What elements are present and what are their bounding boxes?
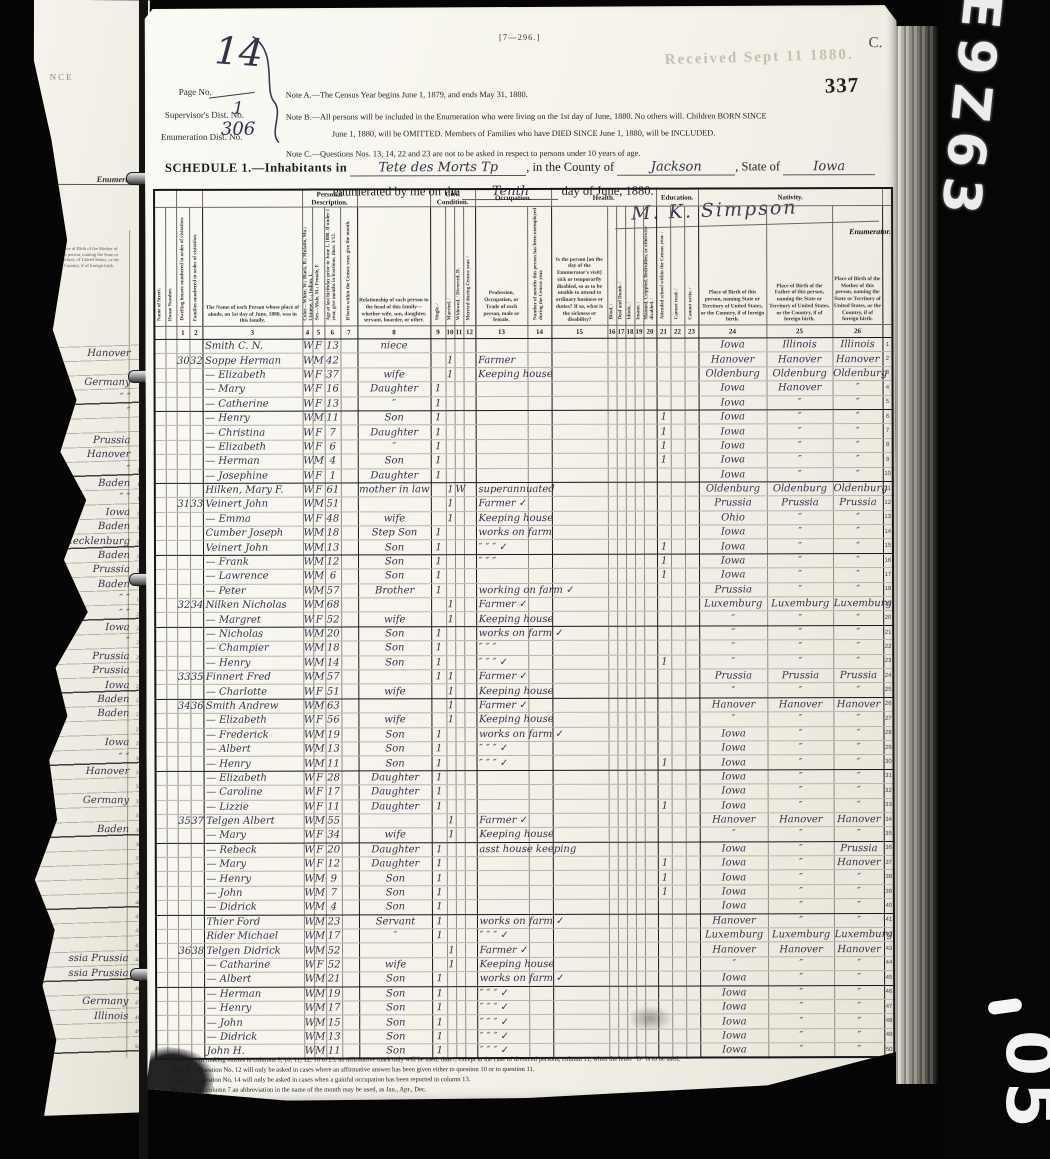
column-header: Name of Street. <box>154 207 165 326</box>
idiotic <box>626 698 635 712</box>
street <box>155 714 166 728</box>
mother-birthplace: ″ <box>834 1000 884 1015</box>
column-number <box>165 326 176 339</box>
attended-school: 1 <box>658 856 672 870</box>
widowed-mark <box>455 526 464 540</box>
person-name: — Elizabeth <box>204 771 304 786</box>
blind <box>608 468 617 482</box>
sex: F <box>313 440 325 454</box>
street <box>156 872 167 886</box>
widowed-mark <box>456 1001 465 1015</box>
prev-page-entry: Hanover <box>87 449 131 460</box>
street <box>156 757 167 771</box>
color: W <box>304 972 314 986</box>
married-mark: 1 <box>446 670 455 684</box>
house-number <box>166 613 177 627</box>
mother-birthplace: ″ <box>833 381 883 396</box>
family-no <box>190 627 203 641</box>
birthplace: Hanover <box>700 913 768 928</box>
birth-month <box>341 468 358 482</box>
father-birthplace: ″ <box>768 870 834 885</box>
birthplace: ″ <box>700 827 768 842</box>
cannot-read <box>671 669 685 683</box>
sickness <box>552 554 608 569</box>
street <box>156 800 167 814</box>
birthplace: Hanover <box>699 352 767 367</box>
house-number <box>165 339 176 353</box>
relationship <box>359 814 432 829</box>
deaf-dumb <box>617 511 626 525</box>
idiotic <box>626 684 635 698</box>
color: W <box>303 612 313 626</box>
married-mark <box>446 727 455 741</box>
mother-birthplace: Hanover <box>833 697 883 712</box>
column-number: 21 <box>657 325 671 338</box>
birthplace: Oldenburg <box>699 367 767 382</box>
person-name: — Josephine <box>203 469 303 484</box>
blind <box>608 353 617 367</box>
sickness <box>552 655 608 670</box>
color: W <box>303 742 313 756</box>
married-mark <box>446 540 455 554</box>
birth-month <box>342 972 359 986</box>
disabled <box>644 410 657 424</box>
line-no: 18 <box>883 582 893 596</box>
age: 12 <box>326 857 342 871</box>
relationship: Son <box>358 627 431 642</box>
birth-month <box>341 584 358 598</box>
birth-month <box>341 612 358 626</box>
color: W <box>303 656 313 670</box>
house-number <box>167 987 178 1001</box>
column-group <box>176 190 202 208</box>
column-group <box>357 189 430 207</box>
married-census-year <box>465 742 477 756</box>
deaf-dumb <box>618 770 627 784</box>
disabled <box>644 468 657 482</box>
street <box>156 843 167 857</box>
street <box>155 411 166 425</box>
insane <box>635 396 644 410</box>
column-header: Place of Birth of the Mother of this per… <box>832 206 882 325</box>
house-number <box>166 368 177 382</box>
sickness <box>552 669 608 684</box>
occupation <box>476 338 528 353</box>
column-number: 20 <box>643 325 656 338</box>
sex: M <box>314 915 326 929</box>
disabled <box>645 813 658 827</box>
house-number <box>167 1001 178 1015</box>
cannot-read <box>672 727 686 741</box>
disabled <box>644 353 657 367</box>
idiotic <box>627 727 636 741</box>
single-mark <box>432 814 447 828</box>
person-name: — Catharine <box>204 958 304 973</box>
insane <box>636 971 645 985</box>
widowed-mark <box>455 670 464 684</box>
widowed-mark <box>455 555 464 569</box>
dwelling-no <box>177 613 190 627</box>
column-header: Profession, Occupation, or Trade of each… <box>475 206 527 325</box>
column-header: Single. / <box>430 207 445 326</box>
birthplace: Iowa <box>700 784 768 799</box>
idiotic <box>626 439 635 453</box>
birthplace: Hanover <box>700 813 768 828</box>
months-unemployed <box>529 943 553 957</box>
birth-month <box>341 368 358 382</box>
deaf-dumb <box>618 957 627 971</box>
street <box>155 469 166 483</box>
deaf-dumb <box>618 871 627 885</box>
married-mark <box>447 756 456 770</box>
cannot-read <box>671 453 685 467</box>
sickness <box>552 453 608 468</box>
birth-month <box>342 857 359 871</box>
deaf-dumb <box>617 655 626 669</box>
house-number <box>167 800 178 814</box>
relationship: ″ <box>359 929 432 944</box>
house-number <box>166 455 177 469</box>
disabled <box>644 554 657 568</box>
married-census-year <box>465 1001 477 1015</box>
married-census-year <box>465 857 477 871</box>
cannot-write <box>685 496 699 510</box>
relationship <box>358 670 431 685</box>
cannot-read <box>672 914 686 928</box>
sex: F <box>314 857 326 871</box>
idiotic <box>627 756 636 770</box>
occupation: ″ ″ ″ ✓ <box>477 986 529 1001</box>
person-name: — Elizabeth <box>203 440 303 455</box>
occupation: works on farm ✓ <box>477 972 529 987</box>
occupation <box>476 382 528 397</box>
prev-page-entry: Baden <box>98 521 130 532</box>
married-census-year <box>464 583 476 597</box>
cannot-read <box>672 813 686 827</box>
county-value: Jackson <box>651 160 702 175</box>
disabled <box>645 957 658 971</box>
months-unemployed <box>528 410 552 424</box>
blind <box>609 856 618 870</box>
line-no: 5 <box>883 395 893 409</box>
father-birthplace: ″ <box>768 913 834 928</box>
mother-birthplace: ″ <box>833 467 883 482</box>
prev-page-entry: Germany <box>83 795 129 806</box>
ink-smudge <box>627 1006 673 1032</box>
father-birthplace: Oldenburg <box>767 366 833 381</box>
deaf-dumb <box>618 971 627 985</box>
dwelling-no <box>178 771 191 785</box>
person-name: Veinert John <box>203 541 303 556</box>
house-number <box>166 570 177 584</box>
house-number <box>167 944 178 958</box>
birthplace: Prussia <box>699 669 767 684</box>
sex: F <box>313 483 325 497</box>
age: 4 <box>325 454 341 468</box>
deaf-dumb <box>617 468 626 482</box>
street <box>155 512 166 526</box>
single-mark: 1 <box>432 799 447 813</box>
attended-school <box>658 770 672 784</box>
cannot-read <box>671 511 685 525</box>
age: 11 <box>325 411 341 425</box>
line-no: 40 <box>884 899 894 913</box>
cannot-read <box>671 640 685 654</box>
insane <box>635 583 644 597</box>
sickness <box>552 439 608 454</box>
birthplace: Iowa <box>700 755 768 770</box>
deaf-dumb <box>617 626 626 640</box>
married-mark <box>446 655 455 669</box>
column-group <box>154 190 176 208</box>
line-no: 34 <box>884 812 894 826</box>
occupation <box>477 770 529 785</box>
age: 18 <box>325 526 341 540</box>
person-name: — Mary <box>204 828 304 843</box>
cannot-read <box>671 597 685 611</box>
attended-school: 1 <box>657 410 671 424</box>
sex: M <box>314 1001 326 1015</box>
cannot-write <box>686 712 700 726</box>
line-no: 2 <box>883 352 893 366</box>
sex: M <box>314 900 326 914</box>
blind <box>608 338 617 352</box>
months-unemployed <box>528 353 552 367</box>
house-number <box>166 627 177 641</box>
mother-birthplace: ″ <box>833 640 883 655</box>
occupation <box>476 410 528 425</box>
attended-school <box>657 669 671 683</box>
table-header-row: Name of Street.House Number.Dwelling hou… <box>154 206 892 327</box>
birthplace: ″ <box>699 611 767 626</box>
line-no: 49 <box>884 1028 894 1042</box>
insane <box>635 626 644 640</box>
married-mark: 1 <box>447 943 456 957</box>
birth-month <box>341 627 358 641</box>
sex: F <box>314 785 326 799</box>
father-birthplace: ″ <box>768 827 834 842</box>
line-no: 12 <box>883 496 893 510</box>
single-mark: 1 <box>432 1029 447 1043</box>
line-no: 15 <box>883 539 893 553</box>
color: W <box>304 886 314 900</box>
married-census-year <box>465 814 477 828</box>
birth-month <box>341 411 358 425</box>
occupation: Keeping house <box>476 684 528 699</box>
house-number <box>166 728 177 742</box>
idiotic <box>626 669 635 683</box>
column-header: Cannot read. / <box>670 206 684 325</box>
prev-page-entry: Iowa <box>105 680 130 691</box>
person-name: — Henry <box>203 411 303 426</box>
deaf-dumb <box>618 928 627 942</box>
father-birthplace: ″ <box>768 899 834 914</box>
relationship: wife <box>358 511 431 526</box>
place-blank: Tete des Morts Tp <box>350 160 526 176</box>
married-census-year <box>464 554 476 568</box>
family-no <box>190 383 203 397</box>
previous-page-entries: HanoverGermany″ ″″PrussiaHanover″Baden″ … <box>16 335 145 1060</box>
color: W <box>304 929 314 943</box>
married-mark <box>447 929 456 943</box>
line-no: 23 <box>883 654 893 668</box>
father-birthplace: ″ <box>768 726 834 741</box>
county-label: , in the County of <box>526 160 614 174</box>
line-no: 26 <box>883 697 893 711</box>
birthplace: Iowa <box>700 770 768 785</box>
birthplace: Iowa <box>700 1014 768 1029</box>
cannot-write <box>685 568 699 582</box>
months-unemployed <box>529 871 553 885</box>
occupation: Keeping house <box>476 511 528 526</box>
mother-birthplace: Prussia <box>833 496 883 511</box>
previous-page-column-header-fragment: Place of Birth of the Mother of this per… <box>57 246 121 269</box>
relationship: Servant <box>359 914 432 929</box>
attended-school: 1 <box>658 885 672 899</box>
idiotic <box>626 468 635 482</box>
house-number <box>167 1016 178 1030</box>
column-group: Civil Condition. <box>430 189 475 207</box>
dwelling-no <box>178 915 191 929</box>
mother-birthplace: ″ <box>834 784 884 799</box>
person-name: — Henry <box>204 1001 304 1016</box>
birthplace: ″ <box>699 640 767 655</box>
color: W <box>303 454 313 468</box>
idiotic <box>626 367 635 381</box>
street <box>155 555 166 569</box>
blind <box>608 626 617 640</box>
insane <box>635 568 644 582</box>
disabled <box>645 914 658 928</box>
occupation: ″ ″ ″ <box>476 641 528 656</box>
occupation <box>477 857 529 872</box>
attended-school: 1 <box>657 554 671 568</box>
married-census-year <box>464 511 476 525</box>
person-name: — Henry <box>203 656 303 671</box>
months-unemployed <box>528 554 552 568</box>
occupation: ″ ″ ″ ✓ <box>476 540 528 555</box>
father-birthplace: ″ <box>767 395 833 410</box>
insane <box>635 684 644 698</box>
widowed-mark <box>455 598 464 612</box>
single-mark: 1 <box>431 382 446 396</box>
attended-school <box>658 784 672 798</box>
birthplace: Iowa <box>699 395 767 410</box>
dwelling-no <box>178 800 191 814</box>
sex: M <box>313 641 325 655</box>
cannot-read <box>672 784 686 798</box>
sickness <box>552 497 608 512</box>
street <box>155 728 166 742</box>
column-number: 11 <box>454 326 463 339</box>
previous-page-fragment-text: NCE <box>50 72 74 82</box>
insane <box>635 597 644 611</box>
blind <box>609 928 618 942</box>
father-birthplace: ″ <box>767 467 833 482</box>
relationship <box>359 943 432 958</box>
attended-school <box>657 496 671 510</box>
deaf-dumb <box>618 756 627 770</box>
column-group: Occupation. <box>475 189 551 207</box>
single-mark: 1 <box>431 396 446 410</box>
married-census-year <box>464 454 476 468</box>
age: 55 <box>326 814 342 828</box>
schedule-title-line: SCHEDULE 1.—Inhabitants in Tete des Mort… <box>165 159 889 177</box>
father-birthplace: Luxemburg <box>767 597 833 612</box>
person-name: — Henry <box>204 756 304 771</box>
married-mark: 1 <box>446 497 455 511</box>
cannot-read <box>672 856 686 870</box>
cannot-write <box>686 799 700 813</box>
birthplace: Iowa <box>699 381 767 396</box>
column-number: 17 <box>616 325 625 338</box>
sickness <box>553 943 609 958</box>
birth-month <box>342 1015 359 1029</box>
previous-page-strip: NCE Enumerator. Place of Birth of the Mo… <box>16 0 150 1118</box>
occupation: ″ ″ ″ ✓ <box>477 1000 529 1015</box>
house-number <box>167 973 178 987</box>
family-no <box>190 483 203 497</box>
line-no: 32 <box>884 784 894 798</box>
married-mark: 1 <box>447 957 456 971</box>
widowed-mark <box>456 857 465 871</box>
married-mark <box>446 583 455 597</box>
person-name: — Mary <box>204 857 304 872</box>
single-mark: 1 <box>432 914 447 928</box>
family-no <box>190 555 203 569</box>
column-number: 2 <box>189 326 202 339</box>
father-birthplace: ″ <box>768 971 834 986</box>
father-birthplace: ″ <box>767 582 833 597</box>
house-number <box>167 958 178 972</box>
father-birthplace: ″ <box>767 525 833 540</box>
father-birthplace: Luxemburg <box>768 928 834 943</box>
sex: M <box>313 540 325 554</box>
cannot-write <box>686 827 700 841</box>
single-mark: 1 <box>432 900 447 914</box>
married-mark <box>446 382 455 396</box>
single-mark: 1 <box>432 742 447 756</box>
father-birthplace: ″ <box>767 554 833 569</box>
cannot-read <box>672 1029 686 1043</box>
person-name: — Herman <box>203 454 303 469</box>
idiotic <box>627 899 636 913</box>
street <box>156 886 167 900</box>
occupation: Farmer ✓ <box>477 813 529 828</box>
relationship: ″ <box>358 439 431 454</box>
deaf-dumb <box>617 698 626 712</box>
age: 42 <box>324 353 340 367</box>
person-name: Smith Andrew <box>203 699 303 714</box>
occupation: ″ ″ ″ ✓ <box>477 1029 529 1044</box>
person-name: — Catherine <box>203 397 303 412</box>
mother-birthplace: ″ <box>834 971 884 986</box>
prev-page-entry: Baden <box>98 478 130 489</box>
cannot-write <box>685 683 699 697</box>
column-header: Relationship of each person to the head … <box>357 207 430 326</box>
cannot-write <box>685 439 699 453</box>
birth-month <box>342 987 359 1001</box>
color: W <box>303 684 313 698</box>
mother-birthplace: ″ <box>833 568 883 583</box>
birth-month <box>342 799 359 813</box>
disabled <box>644 338 657 352</box>
family-no <box>190 713 203 727</box>
family-no <box>190 570 203 584</box>
age: 15 <box>326 1015 342 1029</box>
blind <box>608 525 617 539</box>
prev-page-entry: Hanover <box>87 348 131 359</box>
